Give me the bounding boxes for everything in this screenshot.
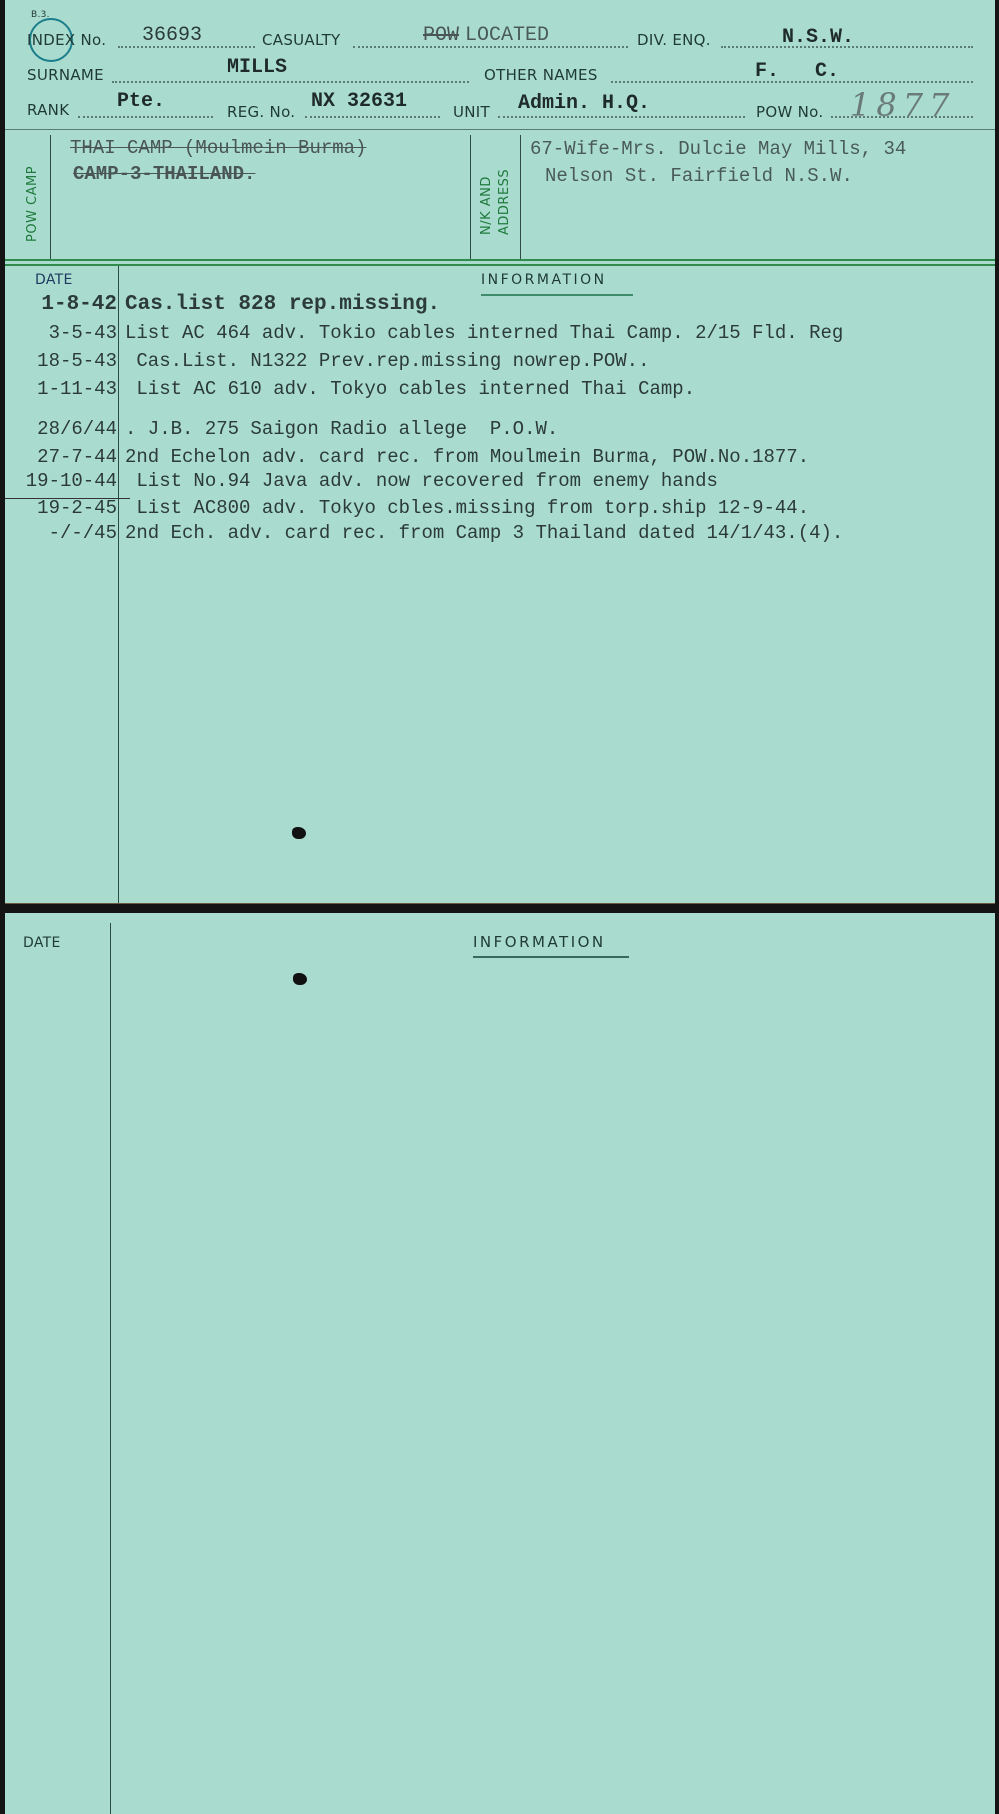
back-date-header: DATE [23,935,61,951]
green-rule-bottom [5,264,995,266]
other-names-label: OTHER NAMES [484,66,598,84]
rank-value: Pte. [117,90,165,113]
back-date-column-divider [110,923,111,1814]
row-date: 27-7-44 [5,446,117,468]
row-info: List No.94 Java adv. now recovered from … [125,470,718,492]
casualty-value: LOCATED [465,24,549,47]
back-ink-blot [293,973,307,985]
div-enq-value: N.S.W. [782,26,854,49]
pow-camp-line1: THAI CAMP (Moulmein Burma) [70,137,366,159]
unit-dots [498,116,745,118]
nk-address-line1: 67-Wife-Mrs. Dulcie May Mills, 34 [530,138,906,160]
corner-mark: B.3. [31,10,50,20]
row-date: 18-5-43 [5,350,117,372]
row-info: 2nd Ech. adv. card rec. from Camp 3 Thai… [125,522,843,544]
unit-label: UNIT [453,103,490,121]
row-info: List AC 464 adv. Tokio cables interned T… [125,322,843,344]
pow-camp-line2: CAMP-3-THAILAND. [73,163,255,185]
index-label: INDEX No. [27,31,106,49]
nk-label-1: N/K AND [479,176,494,235]
row-date: 28/6/44 [5,418,117,440]
green-rule-top [5,259,995,261]
box-top-line [5,129,995,130]
casualty-label: CASUALTY [262,31,341,49]
row-date: 3-5-43 [5,322,117,344]
rank-label: RANK [27,101,69,119]
row-date: 1-8-42 [5,293,117,316]
pow-camp-label: POW CAMP [25,166,40,242]
nk-address-line2: Nelson St. Fairfield N.S.W. [545,165,853,187]
information-header: INFORMATION [481,272,607,288]
row-date: 1-11-43 [5,378,117,400]
card-back: DATE INFORMATION [5,913,995,1814]
pow-no-label: POW No. [756,103,823,121]
row-date: -/-/45 [5,522,117,544]
other-names-value: F. C. [755,60,839,83]
reg-no-label: REG. No. [227,103,295,121]
pow-no-value: 1877 [850,86,955,124]
date-column-divider [118,266,119,903]
card-front: B.3. INDEX No. 36693 CASUALTY POW LOCATE… [5,0,995,904]
row-info: List AC800 adv. Tokyo cbles.missing from… [125,497,809,519]
back-information-header: INFORMATION [473,933,606,951]
surname-label: SURNAME [27,66,104,84]
row-info: List AC 610 adv. Tokyo cables interned T… [125,378,695,400]
row-info: Cas.List. N1322 Prev.rep.missing nowrep.… [125,350,650,372]
casualty-struck: POW [423,24,459,47]
nk-divider-left [470,135,471,260]
information-underline [481,294,633,296]
row-date: 19-10-44 [5,470,117,492]
reg-no-dots [305,116,440,118]
surname-dots [112,81,469,83]
surname-value: MILLS [227,56,287,79]
nk-label-2: ADDRESS [497,169,512,235]
back-information-underline [473,956,629,958]
row-info: 2nd Echelon adv. card rec. from Moulmein… [125,446,809,468]
index-value: 36693 [142,24,202,47]
div-enq-label: DIV. ENQ. [637,31,711,49]
rank-dots [78,116,213,118]
unit-value: Admin. H.Q. [518,92,650,115]
date-header: DATE [35,272,73,288]
reg-no-value: NX 32631 [311,90,407,113]
row-date: 19-2-45 [5,497,117,519]
row-info: Cas.list 828 rep.missing. [125,293,440,316]
ink-blot [292,827,306,839]
nk-divider-right [520,135,521,260]
row-info: . J.B. 275 Saigon Radio allege P.O.W. [125,418,558,440]
pow-camp-divider [50,135,51,260]
